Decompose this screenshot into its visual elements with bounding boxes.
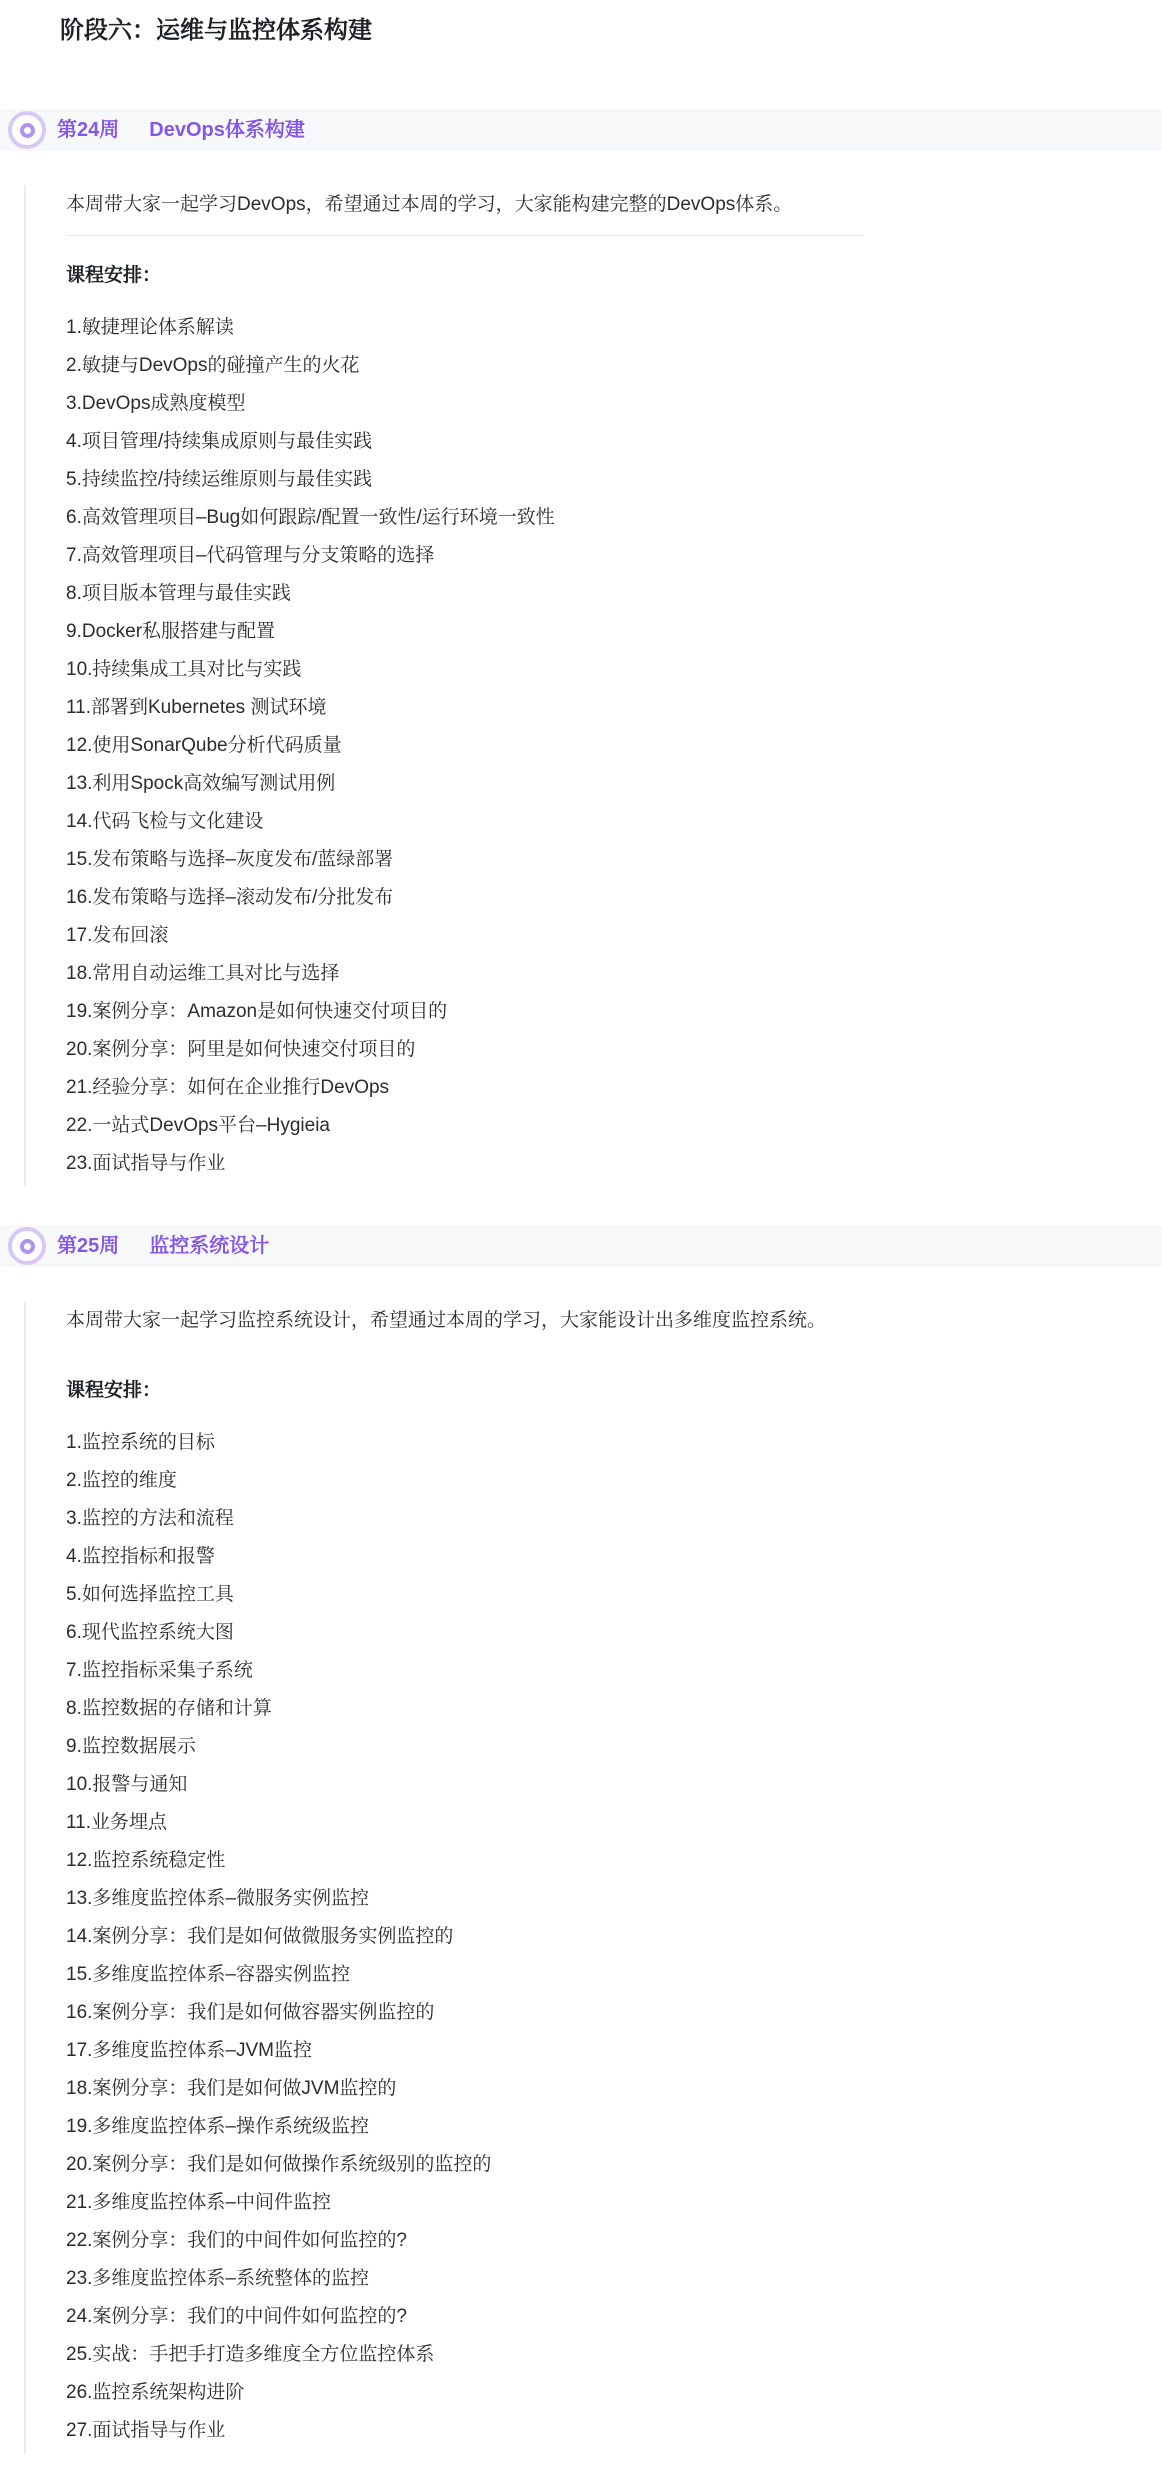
list-item: 10.持续集成工具对比与实践 — [66, 651, 1162, 689]
list-item: 24.案例分享：我们的中间件如何监控的? — [66, 2298, 1162, 2336]
list-item: 9.监控数据展示 — [66, 1728, 1162, 1766]
schedule-heading: 课程安排： — [66, 1375, 1162, 1402]
list-item: 23.面试指导与作业 — [66, 1145, 1162, 1183]
list-item: 6.现代监控系统大图 — [66, 1614, 1162, 1652]
list-item: 13.多维度监控体系–微服务实例监控 — [66, 1880, 1162, 1918]
list-item: 2.敏捷与DevOps的碰撞产生的火花 — [66, 347, 1162, 385]
section-week-24: 第24周 DevOps体系构建 本周带大家一起学习DevOps，希望通过本周的学… — [0, 109, 1162, 1187]
week-label: 第24周 — [57, 120, 119, 140]
list-item: 19.多维度监控体系–操作系统级监控 — [66, 2108, 1162, 2146]
list-item: 1.监控系统的目标 — [66, 1424, 1162, 1462]
list-item: 2.监控的维度 — [66, 1462, 1162, 1500]
list-item: 13.利用Spock高效编写测试用例 — [66, 765, 1162, 803]
list-item: 7.高效管理项目–代码管理与分支策略的选择 — [66, 537, 1162, 575]
page-title: 阶段六：运维与监控体系构建 — [60, 14, 1162, 47]
list-item: 20.案例分享：阿里是如何快速交付项目的 — [66, 1031, 1162, 1069]
section-body: 本周带大家一起学习DevOps，希望通过本周的学习，大家能构建完整的DevOps… — [24, 185, 1162, 1187]
list-item: 14.案例分享：我们是如何做微服务实例监控的 — [66, 1918, 1162, 1956]
list-item: 3.监控的方法和流程 — [66, 1500, 1162, 1538]
list-item: 17.多维度监控体系–JVM监控 — [66, 2032, 1162, 2070]
section-header-week-24[interactable]: 第24周 DevOps体系构建 — [0, 109, 1162, 151]
course-outline-page: 阶段六：运维与监控体系构建 第24周 DevOps体系构建 本周带大家一起学习D… — [0, 0, 1162, 2478]
week-target-icon — [8, 111, 46, 149]
list-item: 6.高效管理项目–Bug如何跟踪/配置一致性/运行环境一致性 — [66, 499, 1162, 537]
section-week-25: 第25周 监控系统设计 本周带大家一起学习监控系统设计，希望通过本周的学习，大家… — [0, 1225, 1162, 2454]
list-item: 21.经验分享：如何在企业推行DevOps — [66, 1069, 1162, 1107]
list-item: 10.报警与通知 — [66, 1766, 1162, 1804]
list-item: 4.监控指标和报警 — [66, 1538, 1162, 1576]
section-divider — [66, 235, 863, 236]
week-label: 第25周 — [57, 1236, 119, 1256]
schedule-heading: 课程安排： — [66, 260, 1162, 287]
section-header-week-25[interactable]: 第25周 监控系统设计 — [0, 1225, 1162, 1267]
list-item: 8.监控数据的存储和计算 — [66, 1690, 1162, 1728]
list-item: 16.发布策略与选择–滚动发布/分批发布 — [66, 879, 1162, 917]
list-item: 4.项目管理/持续集成原则与最佳实践 — [66, 423, 1162, 461]
list-item: 11.业务埋点 — [66, 1804, 1162, 1842]
list-item: 18.案例分享：我们是如何做JVM监控的 — [66, 2070, 1162, 2108]
course-list: 1.敏捷理论体系解读2.敏捷与DevOps的碰撞产生的火花3.DevOps成熟度… — [66, 309, 1162, 1183]
list-item: 27.面试指导与作业 — [66, 2412, 1162, 2450]
list-item: 12.监控系统稳定性 — [66, 1842, 1162, 1880]
list-item: 15.发布策略与选择–灰度发布/蓝绿部署 — [66, 841, 1162, 879]
list-item: 5.持续监控/持续运维原则与最佳实践 — [66, 461, 1162, 499]
list-item: 23.多维度监控体系–系统整体的监控 — [66, 2260, 1162, 2298]
list-item: 17.发布回滚 — [66, 917, 1162, 955]
list-item: 19.案例分享：Amazon是如何快速交付项目的 — [66, 993, 1162, 1031]
list-item: 5.如何选择监控工具 — [66, 1576, 1162, 1614]
list-item: 15.多维度监控体系–容器实例监控 — [66, 1956, 1162, 1994]
week-title: 监控系统设计 — [149, 1236, 269, 1256]
section-body: 本周带大家一起学习监控系统设计，希望通过本周的学习，大家能设计出多维度监控系统。… — [24, 1301, 1162, 2454]
week-target-icon — [8, 1227, 46, 1265]
list-item: 3.DevOps成熟度模型 — [66, 385, 1162, 423]
list-item: 1.敏捷理论体系解读 — [66, 309, 1162, 347]
list-item: 26.监控系统架构进阶 — [66, 2374, 1162, 2412]
list-item: 9.Docker私服搭建与配置 — [66, 613, 1162, 651]
list-item: 12.使用SonarQube分析代码质量 — [66, 727, 1162, 765]
week-description: 本周带大家一起学习监控系统设计，希望通过本周的学习，大家能设计出多维度监控系统。 — [66, 1307, 1162, 1335]
list-item: 11.部署到Kubernetes 测试环境 — [66, 689, 1162, 727]
week-title: DevOps体系构建 — [149, 120, 305, 140]
list-item: 25.实战：手把手打造多维度全方位监控体系 — [66, 2336, 1162, 2374]
list-item: 22.案例分享：我们的中间件如何监控的? — [66, 2222, 1162, 2260]
list-item: 16.案例分享：我们是如何做容器实例监控的 — [66, 1994, 1162, 2032]
list-item: 21.多维度监控体系–中间件监控 — [66, 2184, 1162, 2222]
week-description: 本周带大家一起学习DevOps，希望通过本周的学习，大家能构建完整的DevOps… — [66, 191, 1162, 219]
list-item: 20.案例分享：我们是如何做操作系统级别的监控的 — [66, 2146, 1162, 2184]
list-item: 22.一站式DevOps平台–Hygieia — [66, 1107, 1162, 1145]
list-item: 7.监控指标采集子系统 — [66, 1652, 1162, 1690]
course-list: 1.监控系统的目标2.监控的维度3.监控的方法和流程4.监控指标和报警5.如何选… — [66, 1424, 1162, 2450]
list-item: 8.项目版本管理与最佳实践 — [66, 575, 1162, 613]
list-item: 18.常用自动运维工具对比与选择 — [66, 955, 1162, 993]
list-item: 14.代码飞检与文化建设 — [66, 803, 1162, 841]
